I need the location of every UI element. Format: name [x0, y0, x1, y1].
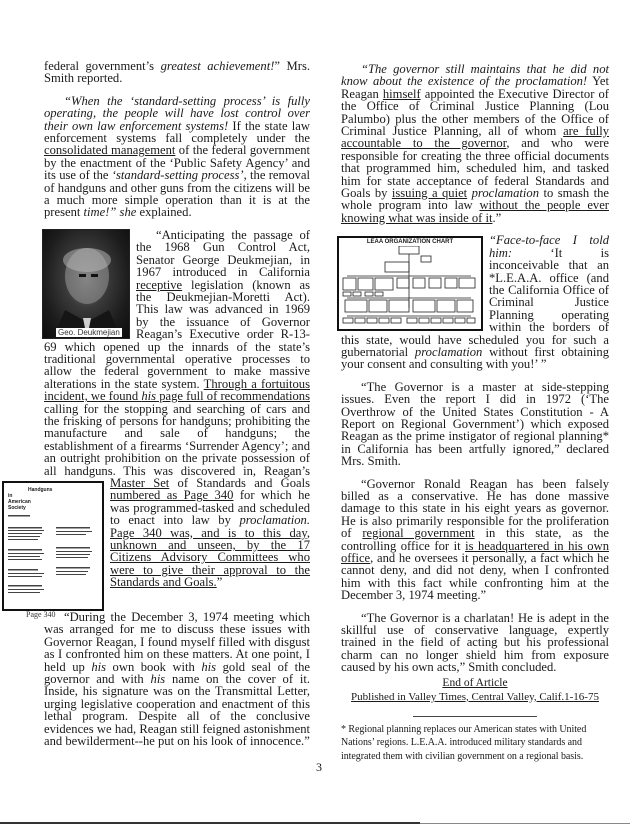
page340-document-icon: HandgunsinAmericanSocietyPage 340: [2, 481, 104, 611]
page340-caption: Page 340: [6, 609, 56, 621]
right-column: “The governor still maintains that he di…: [341, 63, 609, 773]
left-column: federal government’s greatest achievemen…: [44, 60, 310, 757]
published-source: Published in Valley Times, Central Valle…: [341, 690, 609, 704]
page340-text-lines-icon: [4, 483, 98, 605]
photo-caption: Geo. Deukmejian: [56, 328, 122, 337]
paragraph-standard-setting: “When the ‘standard-setting process’ is …: [44, 95, 310, 219]
scan-edge-line: [0, 822, 420, 824]
footnote-divider: [413, 716, 537, 717]
paragraph-december-meeting: “During the December 3, 1974 meeting whi…: [44, 611, 310, 747]
paragraph-falsely-billed: “Governor Ronald Reagan has been falsely…: [341, 478, 609, 602]
paragraph-intro: federal government’s greatest achievemen…: [44, 60, 310, 85]
paragraph-governor-maintains: “The governor still maintains that he di…: [341, 63, 609, 224]
page-number: 3: [316, 760, 322, 775]
org-chart-boxes-icon: [341, 246, 477, 326]
document-page: federal government’s greatest achievemen…: [0, 0, 639, 827]
footnote-regional-planning: * Regional planning replaces our America…: [341, 723, 609, 764]
scan-edge-line-faint: [420, 823, 630, 824]
portrait-photo-icon: [42, 229, 130, 339]
leaa-org-chart-figure: LEAA ORGANIZATION CHART: [341, 234, 489, 331]
paragraph-side-stepping: “The Governor is a master at side-steppi…: [341, 381, 609, 468]
page340-figure: HandgunsinAmericanSocietyPage 340: [44, 477, 110, 611]
paragraph-charlatan: “The Governor is a charlatan! He is adep…: [341, 612, 609, 674]
org-chart-diagram-icon: LEAA ORGANIZATION CHART: [337, 236, 483, 331]
end-of-article: End of Article: [341, 676, 609, 690]
org-chart-title: LEAA ORGANIZATION CHART: [339, 238, 481, 246]
portrait-silhouette-icon: [43, 230, 129, 338]
deukmejian-photo-figure: Geo. Deukmejian: [44, 229, 136, 339]
